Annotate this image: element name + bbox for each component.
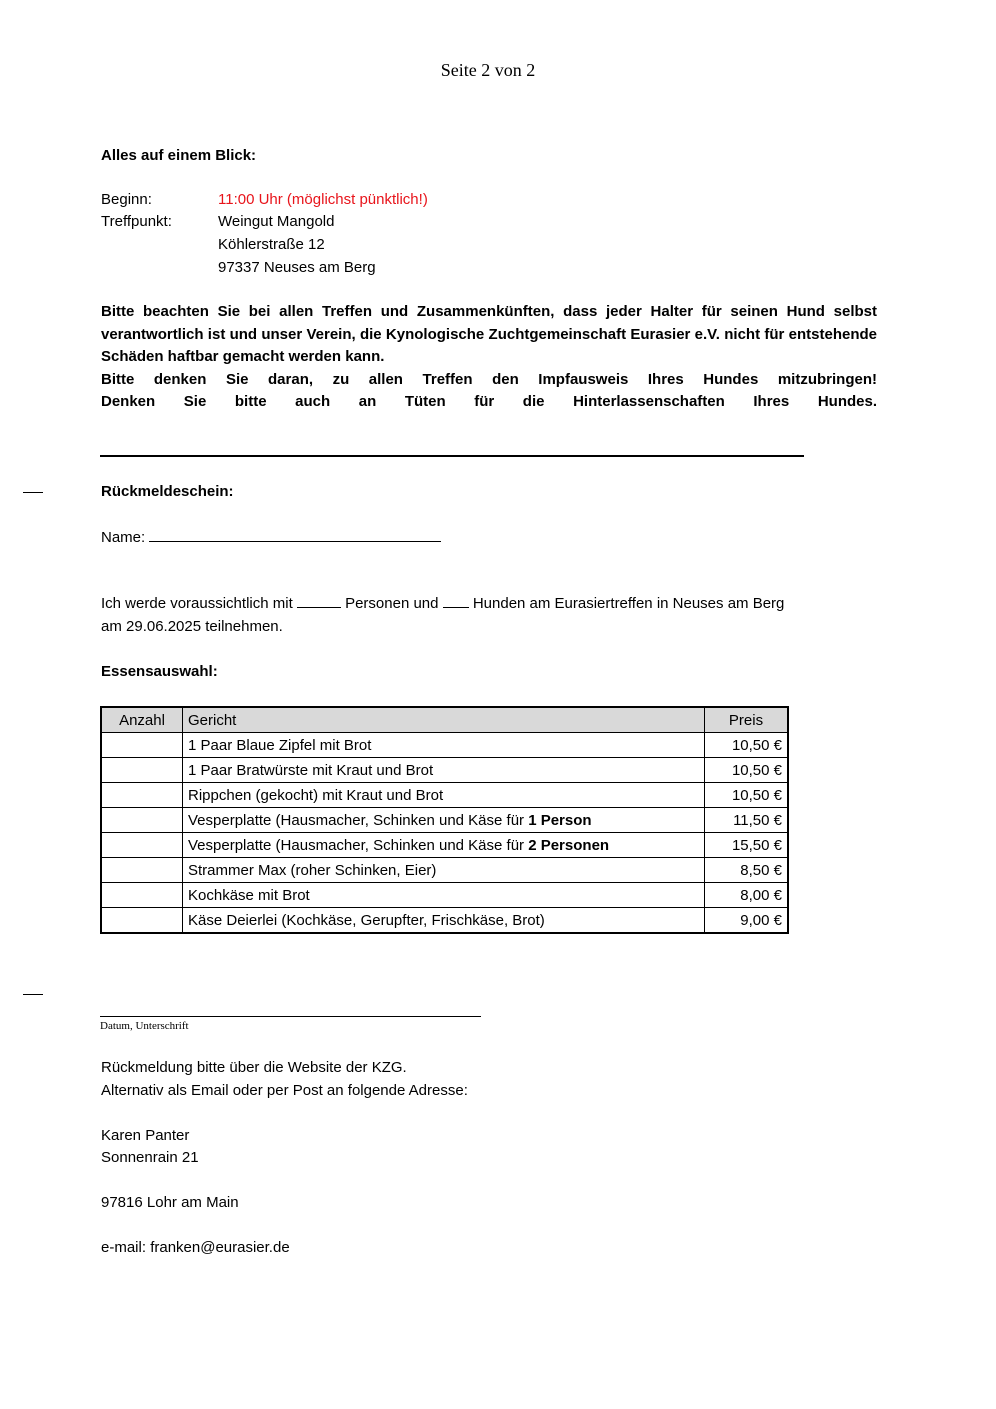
price-cell: 8,00 € (705, 883, 789, 908)
table-header-row: Anzahl Gericht Preis (101, 707, 788, 733)
summary-title: Alles auf einem Blick: (101, 145, 256, 168)
liability-notice: Bitte beachten Sie bei allen Treffen und… (101, 301, 877, 414)
qty-cell[interactable] (101, 833, 183, 858)
header-dish: Gericht (183, 707, 705, 733)
qty-cell[interactable] (101, 883, 183, 908)
qty-cell[interactable] (101, 908, 183, 934)
qty-cell[interactable] (101, 733, 183, 758)
dish-name: 1 Paar Blaue Zipfel mit Brot (188, 737, 371, 754)
table-row: Strammer Max (roher Schinken, Eier)8,50 … (101, 858, 788, 883)
dish-cell: Vesperplatte (Hausmacher, Schinken und K… (183, 833, 705, 858)
name-field[interactable] (149, 526, 441, 542)
dish-cell: Kochkäse mit Brot (183, 883, 705, 908)
dish-cell: Rippchen (gekocht) mit Kraut und Brot (183, 783, 705, 808)
email-link[interactable]: franken@eurasier.de (150, 1239, 289, 1256)
persons-count-field[interactable] (297, 594, 341, 608)
price-cell: 15,50 € (705, 833, 789, 858)
price-cell: 9,00 € (705, 908, 789, 934)
price-cell: 10,50 € (705, 783, 789, 808)
fold-mark (23, 492, 43, 493)
contact-name: Karen Panter (101, 1125, 468, 1148)
meeting-label: Treffpunkt: (101, 211, 218, 234)
table-row: Rippchen (gekocht) mit Kraut und Brot10,… (101, 783, 788, 808)
price-cell: 8,50 € (705, 858, 789, 883)
table-row: Vesperplatte (Hausmacher, Schinken und K… (101, 833, 788, 858)
dish-cell: 1 Paar Bratwürste mit Kraut und Brot (183, 758, 705, 783)
price-cell: 11,50 € (705, 808, 789, 833)
qty-cell[interactable] (101, 783, 183, 808)
contact-alternative-note: Alternativ als Email oder per Post an fo… (101, 1080, 468, 1103)
name-label: Name: (101, 529, 145, 546)
start-time-row: Beginn:11:00 Uhr (möglichst pünktlich!) (101, 189, 428, 212)
signature-label: Datum, Unterschrift (100, 1020, 189, 1032)
notice-bags: Denken Sie bitte auch an Tüten für die H… (101, 391, 877, 414)
table-row: 1 Paar Bratwürste mit Kraut und Brot10,5… (101, 758, 788, 783)
dogs-count-field[interactable] (443, 594, 469, 608)
price-cell: 10,50 € (705, 758, 789, 783)
return-form-title: Rückmeldeschein: (101, 481, 234, 504)
contact-street: Sonnenrain 21 (101, 1147, 468, 1170)
table-row: Kochkäse mit Brot8,00 € (101, 883, 788, 908)
start-time-note: :00 Uhr (möglichst pünktlich!) (234, 191, 428, 208)
meeting-city: 97337 Neuses am Berg (218, 257, 376, 280)
start-hour: 11 (218, 191, 234, 208)
dish-portion: 2 Personen (528, 837, 609, 854)
price-cell: 10,50 € (705, 733, 789, 758)
qty-cell[interactable] (101, 858, 183, 883)
notice-liability: Bitte beachten Sie bei allen Treffen und… (101, 301, 877, 369)
attend-text-3: Hunden am Eurasiertreffen in Neuses am B… (473, 595, 785, 612)
attend-text-1: Ich werde voraussichtlich mit (101, 595, 293, 612)
signature-line[interactable] (100, 1016, 481, 1017)
table-row: 1 Paar Blaue Zipfel mit Brot10,50 € (101, 733, 788, 758)
contact-website-note: Rückmeldung bitte über die Website der K… (101, 1057, 468, 1080)
meeting-street: Köhlerstraße 12 (218, 234, 325, 257)
dish-name: Vesperplatte (Hausmacher, Schinken und K… (188, 837, 528, 854)
table-row: Käse Deierlei (Kochkäse, Gerupfter, Fris… (101, 908, 788, 934)
name-field-row: Name: (101, 526, 441, 550)
contact-city: 97816 Lohr am Main (101, 1192, 468, 1215)
fold-mark (23, 994, 43, 995)
meeting-venue: Weingut Mangold (218, 213, 334, 230)
menu-table: Anzahl Gericht Preis 1 Paar Blaue Zipfel… (100, 706, 789, 934)
start-label: Beginn: (101, 189, 218, 212)
attend-date: am 29.06.2025 teilnehmen. (101, 618, 283, 635)
dish-cell: Käse Deierlei (Kochkäse, Gerupfter, Fris… (183, 908, 705, 934)
dish-name: Vesperplatte (Hausmacher, Schinken und K… (188, 812, 528, 829)
dish-name: Rippchen (gekocht) mit Kraut und Brot (188, 787, 443, 804)
table-row: Vesperplatte (Hausmacher, Schinken und K… (101, 808, 788, 833)
attendance-statement: Ich werde voraussichtlich mit Personen u… (101, 593, 881, 638)
dish-cell: Strammer Max (roher Schinken, Eier) (183, 858, 705, 883)
dish-cell: Vesperplatte (Hausmacher, Schinken und K… (183, 808, 705, 833)
dish-cell: 1 Paar Blaue Zipfel mit Brot (183, 733, 705, 758)
cut-line-divider (100, 455, 804, 457)
dish-name: Käse Deierlei (Kochkäse, Gerupfter, Fris… (188, 912, 545, 929)
email-label: e-mail: (101, 1239, 146, 1256)
meeting-point-row: Treffpunkt:Weingut Mangold (101, 211, 334, 234)
contact-email-row: e-mail: franken@eurasier.de (101, 1237, 468, 1260)
dish-name: 1 Paar Bratwürste mit Kraut und Brot (188, 762, 433, 779)
page-indicator: Seite 2 von 2 (0, 60, 976, 81)
food-selection-title: Essensauswahl: (101, 661, 218, 684)
dish-name: Strammer Max (roher Schinken, Eier) (188, 862, 436, 879)
qty-cell[interactable] (101, 758, 183, 783)
dish-name: Kochkäse mit Brot (188, 887, 310, 904)
qty-cell[interactable] (101, 808, 183, 833)
contact-block: Rückmeldung bitte über die Website der K… (101, 1057, 468, 1260)
dish-portion: 1 Person (528, 812, 591, 829)
header-qty: Anzahl (101, 707, 183, 733)
header-price: Preis (705, 707, 789, 733)
notice-vaccination: Bitte denken Sie daran, zu allen Treffen… (101, 369, 877, 392)
attend-text-2: Personen und (345, 595, 438, 612)
